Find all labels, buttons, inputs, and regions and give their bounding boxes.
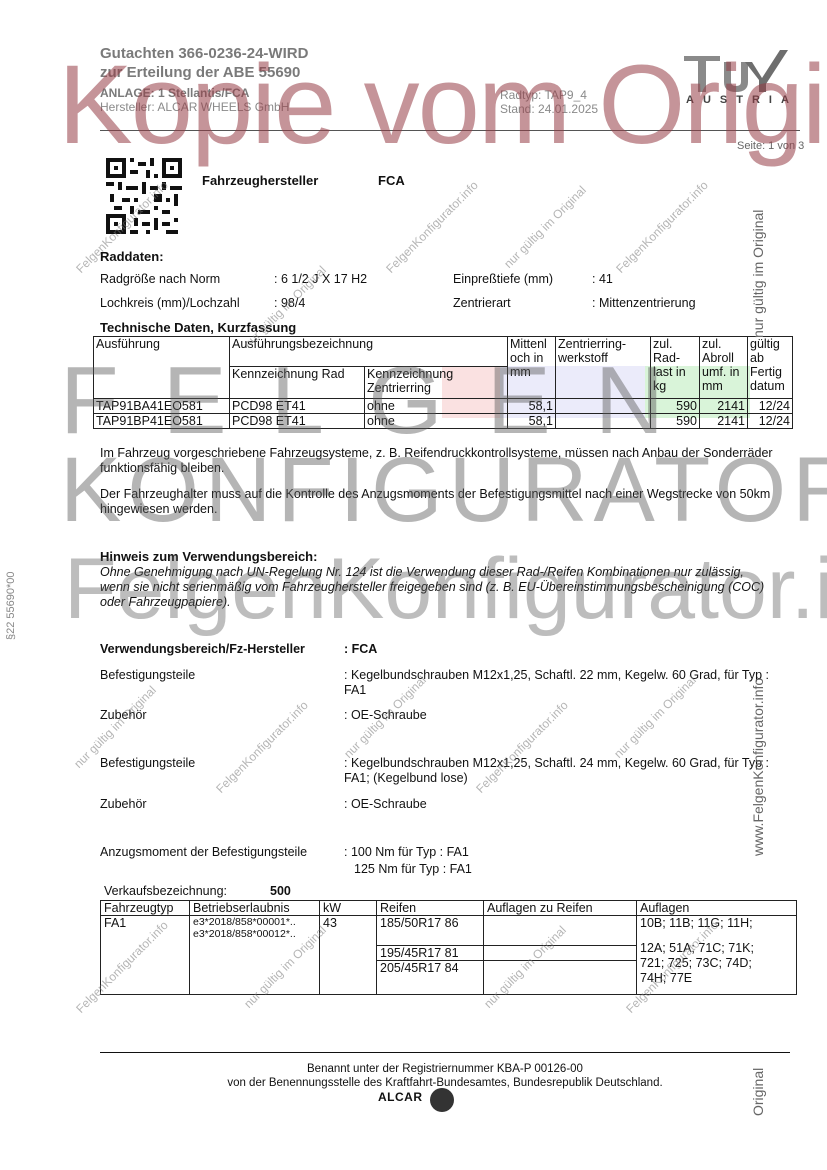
alcar-logo-text: ALCAR <box>378 1090 423 1104</box>
zentrierart-label: Zentrierart <box>453 296 511 311</box>
hersteller-value: ALCAR WHEELS GmbH <box>157 100 289 114</box>
cell-ausfuehrung: TAP91BP41EO581 <box>94 414 230 429</box>
cell-radlast: 590 <box>651 414 700 429</box>
watermark-small: FelgenKonfigurator.info <box>383 178 481 276</box>
th-ausfuehrung: Ausführung <box>94 337 230 399</box>
betriebserlaubnis-2: e3*2018/858*00012*.. <box>193 928 316 940</box>
header-divider <box>100 130 800 131</box>
fahrzeughersteller-label: Fahrzeughersteller <box>202 173 318 188</box>
cell-werkstoff <box>556 414 651 429</box>
cell-fahrzeugtyp: FA1 <box>101 916 190 995</box>
cell-kw: 43 <box>320 916 377 995</box>
cell-mittenloch: 58,1 <box>508 399 556 414</box>
th-abrollumfang: zul. Abroll umf. in mm <box>700 337 748 399</box>
cell-ausfuehrung: TAP91BA41EO581 <box>94 399 230 414</box>
einpresstiefe-value: : 41 <box>592 272 613 287</box>
cell-gueltig: 12/24 <box>748 399 793 414</box>
th-fahrzeugtyp: Fahrzeugtyp <box>101 901 190 916</box>
radgroesse-value: : 6 1/2 J X 17 H2 <box>274 272 367 287</box>
cell-kennz-rad: PCD98 ET41 <box>230 399 365 414</box>
hersteller-label: Hersteller: <box>100 100 155 114</box>
cell-kennz-zr: ohne <box>365 399 508 414</box>
stand-label: Stand: <box>500 102 535 116</box>
cell-auflagen-reifen <box>484 916 637 946</box>
fahrzeughersteller-value: FCA <box>378 173 405 188</box>
cell-auflagen-reifen <box>484 961 637 995</box>
th-werkstoff: Zentrierring-werkstoff <box>556 337 651 399</box>
th-auflagen-reifen: Auflagen zu Reifen <box>484 901 637 916</box>
hinweis-text: Ohne Genehmigung nach UN-Regelung Nr. 12… <box>100 565 765 610</box>
report-title: Gutachten 366-0236-24-WIRD zur Erteilung… <box>100 44 308 82</box>
page-indicator: Seite: 1 von 3 <box>737 140 804 152</box>
zubehoer-label: Zubehör <box>100 708 147 723</box>
header-meta-right: Radtyp: TAP9_4 Stand: 24.01.2025 <box>500 88 598 116</box>
side-watermark-top: nur gültig im Original <box>750 210 766 338</box>
th-mittenloch: Mittenl och in mm <box>508 337 556 399</box>
cell-kennz-zr: ohne <box>365 414 508 429</box>
befestigungsteile-label: Befestigungsteile <box>100 668 195 683</box>
cell-mittenloch: 58,1 <box>508 414 556 429</box>
betriebserlaubnis-1: e3*2018/858*00001*.. <box>193 916 316 928</box>
th-kennz-rad: Kennzeichnung Rad <box>230 367 365 399</box>
cell-betriebserlaubnis: e3*2018/858*00001*.. e3*2018/858*00012*.… <box>190 916 320 995</box>
einpresstiefe-label: Einpreßtiefe (mm) <box>453 272 553 287</box>
verkaufsbezeichnung-label: Verkaufsbezeichnung: <box>104 884 227 899</box>
table-row: TAP91BA41EO581 PCD98 ET41 ohne 58,1 590 … <box>94 399 793 414</box>
th-kw: kW <box>320 901 377 916</box>
side-code: §22 55690*00 <box>5 571 17 640</box>
radtyp-label: Radtyp: <box>500 88 541 102</box>
tuv-austria-logo: AUSTRIA <box>680 48 790 112</box>
footer-divider <box>100 1052 790 1053</box>
table-row: FA1 e3*2018/858*00001*.. e3*2018/858*000… <box>101 916 797 946</box>
title-line-1: Gutachten 366-0236-24-WIRD <box>100 44 308 63</box>
th-reifen: Reifen <box>377 901 484 916</box>
lochkreis-value: : 98/4 <box>274 296 305 311</box>
note-anzugsmoment: Der Fahrzeughalter muss auf die Kontroll… <box>100 487 800 517</box>
qr-code <box>106 158 182 234</box>
note-tpms: Im Fahrzeug vorgeschriebene Fahrzeugsyst… <box>100 446 800 476</box>
fahrzeug-table: Fahrzeugtyp Betriebserlaubnis kW Reifen … <box>100 900 797 995</box>
radtyp-value: TAP9_4 <box>544 88 586 102</box>
raddaten-heading: Raddaten: <box>100 249 164 264</box>
zubehoer-value: : OE-Schraube <box>344 797 427 812</box>
th-auflagen: Auflagen <box>637 901 797 916</box>
th-gueltig: gültig ab Fertig datum <box>748 337 793 399</box>
lochkreis-label: Lochkreis (mm)/Lochzahl <box>100 296 240 311</box>
verwendung-value: : FCA <box>344 642 377 656</box>
cell-reifen: 205/45R17 84 <box>377 961 484 995</box>
befestigungsteile-value: : Kegelbundschrauben M12x1,25, Schaftl. … <box>344 756 789 786</box>
cell-auflagen: 10B; 11B; 11G; 11H; 12A; 51A; 71C; 71K; … <box>637 916 797 995</box>
alcar-logo-icon <box>430 1088 454 1112</box>
hinweis-heading: Hinweis zum Verwendungsbereich: <box>100 549 317 564</box>
watermark-small: FelgenKonfigurator.info <box>613 178 711 276</box>
auflagen-line: 10B; 11B; 11G; 11H; <box>640 916 793 931</box>
technische-daten-heading: Technische Daten, Kurzfassung <box>100 320 296 335</box>
verkaufsbezeichnung-value: 500 <box>270 884 291 899</box>
stand-value: 24.01.2025 <box>538 102 598 116</box>
th-kennz-zr: Kennzeichnung Zentrierring <box>365 367 508 399</box>
anzugsmoment-value-2: 125 Nm für Typ : FA1 <box>354 862 472 877</box>
side-watermark-url: www.FelgenKonfigurator.info <box>750 678 766 856</box>
cell-gueltig: 12/24 <box>748 414 793 429</box>
logo-text: AUSTRIA <box>686 94 798 106</box>
cell-radlast: 590 <box>651 399 700 414</box>
cell-abrollumfang: 2141 <box>700 414 748 429</box>
th-ausfuehrungsbezeichnung: Ausführungsbezeichnung <box>230 337 508 367</box>
cell-abrollumfang: 2141 <box>700 399 748 414</box>
table-row: TAP91BP41EO581 PCD98 ET41 ohne 58,1 590 … <box>94 414 793 429</box>
th-betriebserlaubnis: Betriebserlaubnis <box>190 901 320 916</box>
zubehoer-value: : OE-Schraube <box>344 708 427 723</box>
anlage-value: 1 Stellantis/FCA <box>158 86 249 100</box>
anzugsmoment-value-1: : 100 Nm für Typ : FA1 <box>344 845 469 860</box>
cell-reifen: 185/50R17 86 <box>377 916 484 946</box>
auflagen-line: 74H; 77E <box>640 971 793 986</box>
watermark-small: nur gültig im Original <box>501 183 589 271</box>
header-meta-left: ANLAGE: 1 Stellantis/FCA Hersteller: ALC… <box>100 86 289 114</box>
footer-line-1: Benannt unter der Registriernummer KBA-P… <box>100 1062 790 1076</box>
anlage-label: ANLAGE: <box>100 86 155 100</box>
side-watermark-bottom: Original <box>750 1068 766 1116</box>
zentrierart-value: : Mittenzentrierung <box>592 296 696 311</box>
zubehoer-label: Zubehör <box>100 797 147 812</box>
auflagen-line: 12A; 51A; 71C; 71K; <box>640 941 793 956</box>
cell-kennz-rad: PCD98 ET41 <box>230 414 365 429</box>
watermark-small: FelgenKonfigurator.info <box>213 698 311 796</box>
verwendung-label: Verwendungsbereich/Fz-Hersteller <box>100 642 305 656</box>
cell-auflagen-reifen <box>484 946 637 961</box>
cell-reifen: 195/45R17 81 <box>377 946 484 961</box>
befestigungsteile-value: : Kegelbundschrauben M12x1,25, Schaftl. … <box>344 668 789 698</box>
title-line-2: zur Erteilung der ABE 55690 <box>100 63 308 82</box>
cell-werkstoff <box>556 399 651 414</box>
anzugsmoment-label: Anzugsmoment der Befestigungsteile <box>100 845 307 860</box>
befestigungsteile-label: Befestigungsteile <box>100 756 195 771</box>
auflagen-line: 721; 725; 73C; 74D; <box>640 956 793 971</box>
technische-daten-table: Ausführung Ausführungsbezeichnung Mitten… <box>93 336 793 429</box>
th-radlast: zul. Rad-last in kg <box>651 337 700 399</box>
radgroesse-label: Radgröße nach Norm <box>100 272 220 287</box>
